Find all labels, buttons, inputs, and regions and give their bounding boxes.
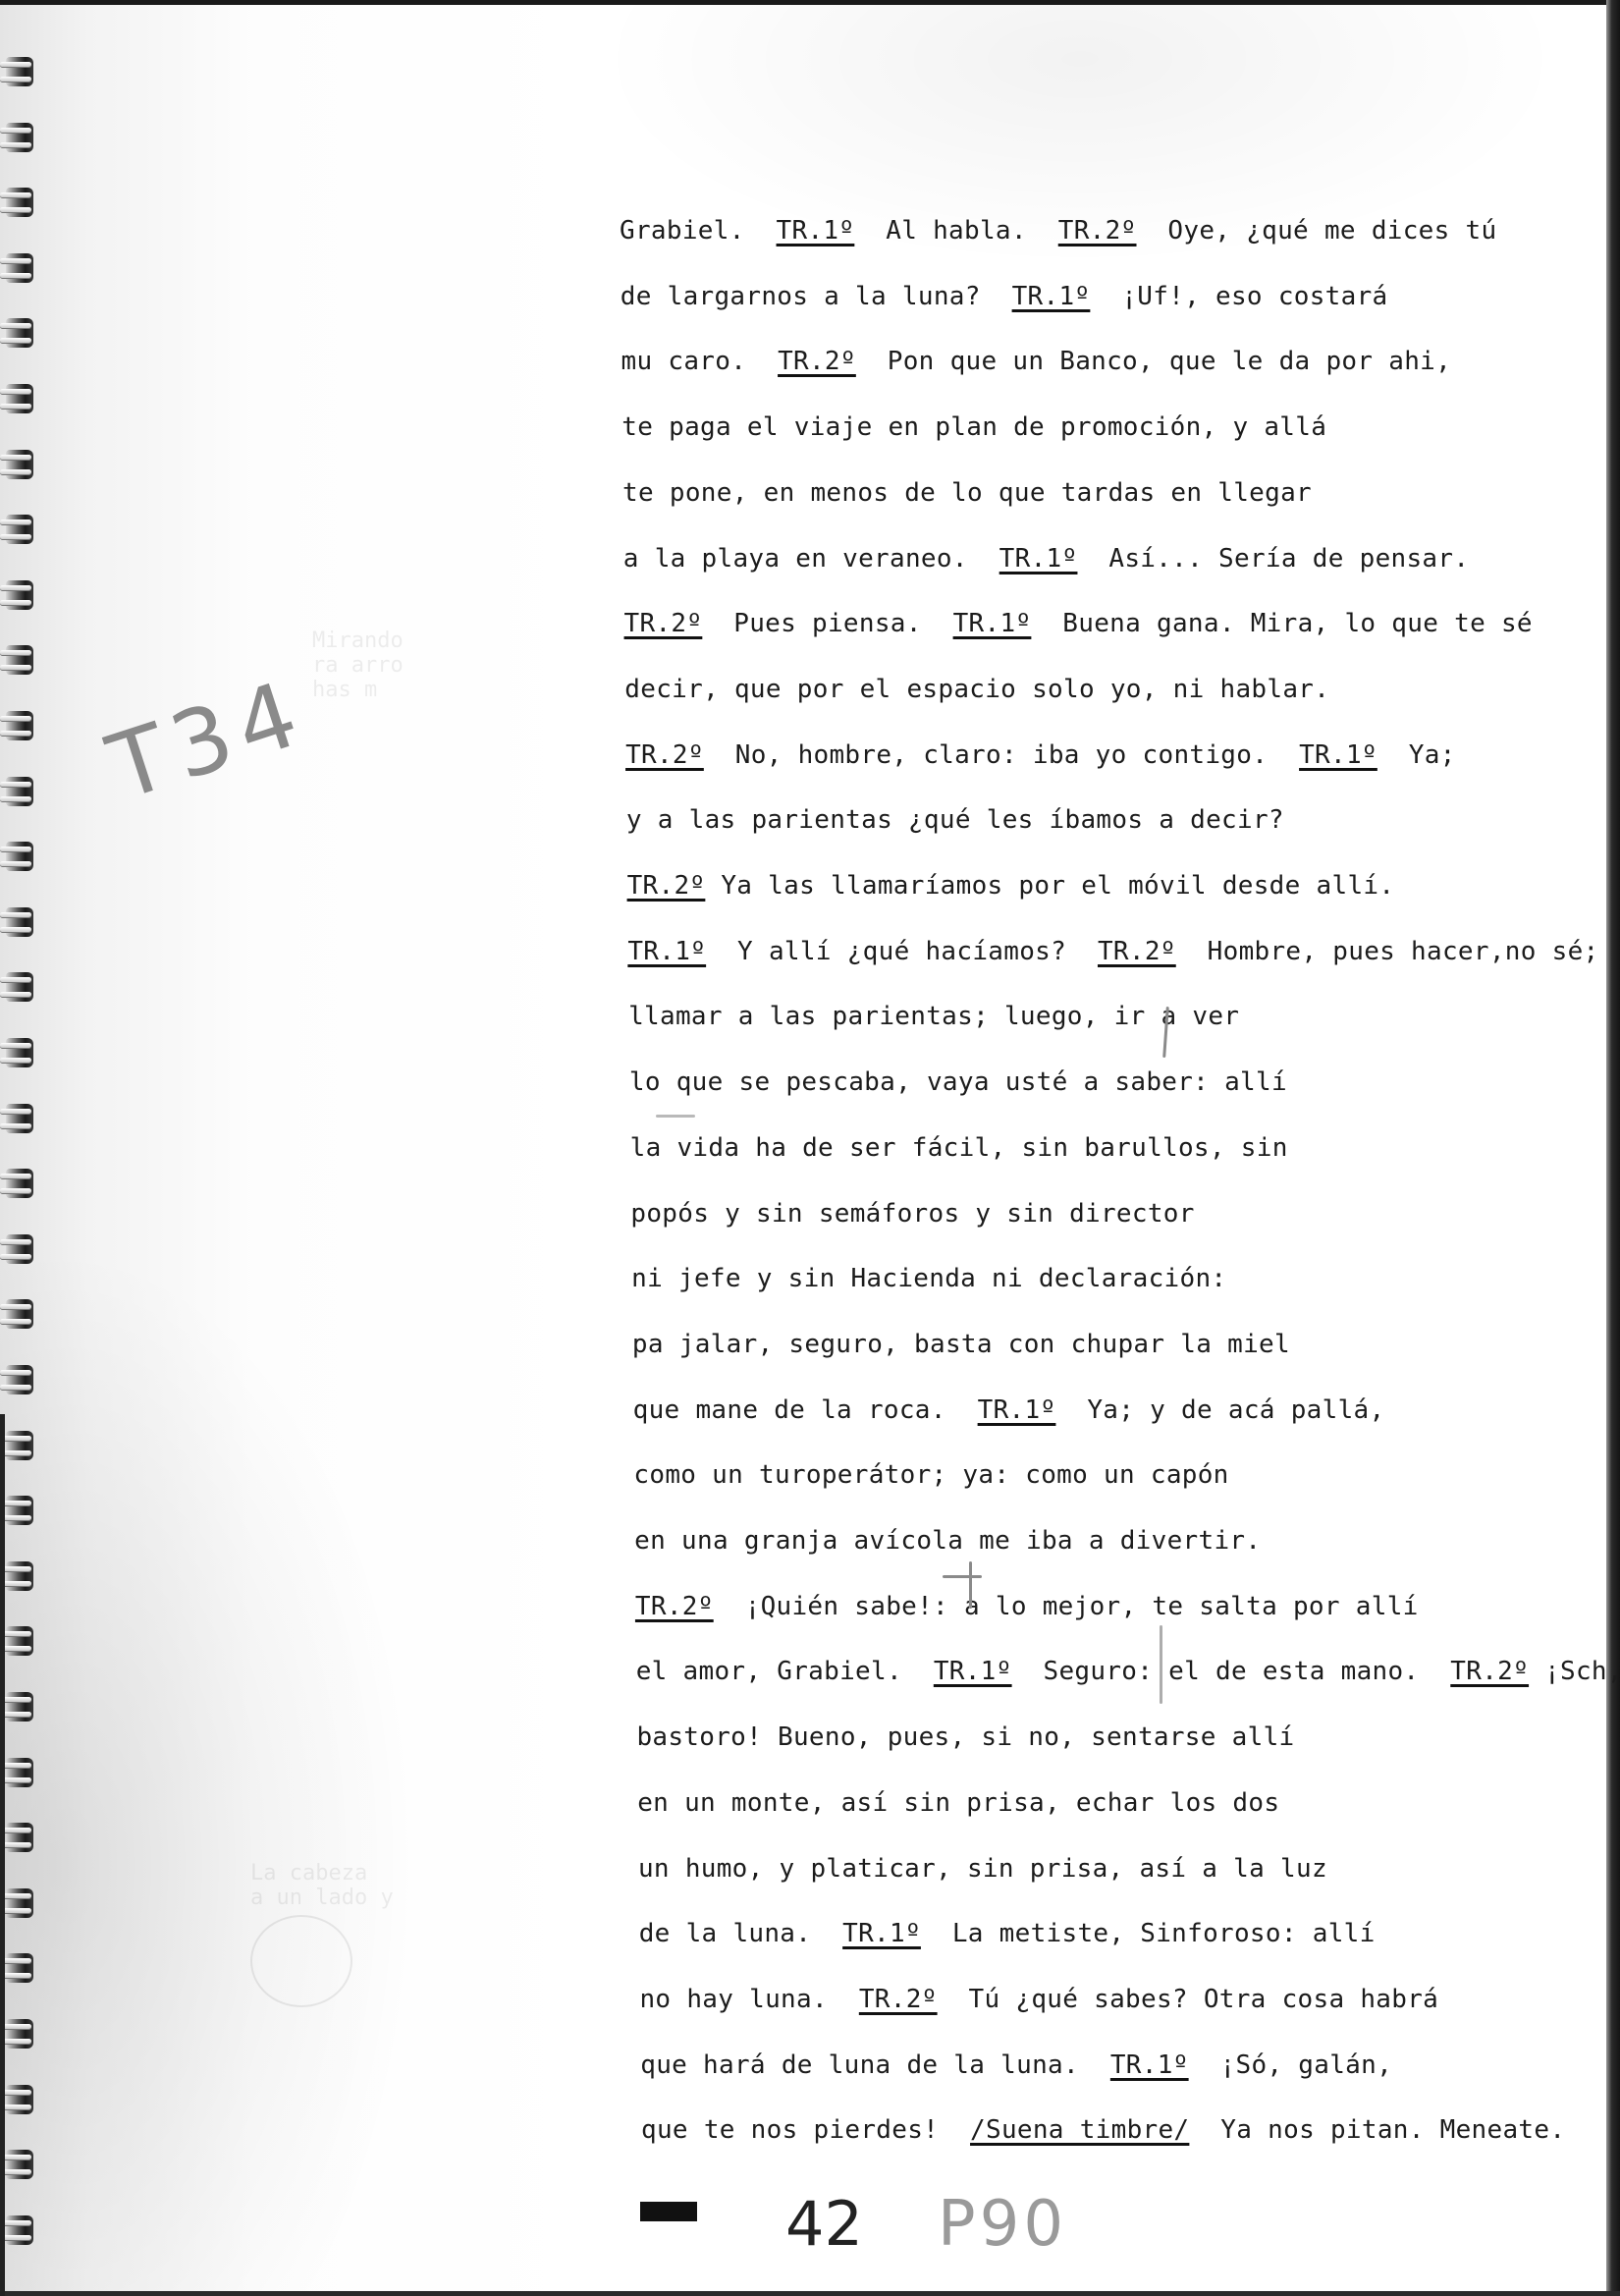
pencil-mark [969,1561,972,1609]
speaker-tag: TR.2º [624,609,703,638]
speaker-tag: TR.2º [778,347,856,376]
dialogue-text: La metiste, Sinforoso: allí [921,1919,1376,1948]
speaker-tag: TR.1º [1110,2050,1189,2080]
speaker-tag: TR.1º [978,1395,1056,1425]
script-line: TR.1º Y allí ¿qué hacíamos? TR.2º Hombre… [627,937,1598,966]
dialogue-text: ¡Só, galán, [1189,2050,1392,2080]
dialogue-text: ¡Uf!, eso costará [1090,282,1387,311]
dialogue-text: No, hombre, claro: iba yo contigo. [704,740,1299,770]
speaker-tag: TR.1º [1299,740,1377,770]
dialogue-text: bastoro! Bueno, pues, si no, sentarse al… [636,1722,1294,1752]
script-line: llamar a las parientas; luego, ir a ver [628,1002,1239,1031]
script-line: pa jalar, seguro, basta con chupar la mi… [632,1330,1290,1359]
dialogue-text: llamar a las parientas; luego, ir a ver [628,1002,1239,1031]
dialogue-text: decir, que por el espacio solo yo, ni ha… [624,675,1329,704]
script-line: TR.2º Ya las llamaríamos por el móvil de… [627,871,1395,901]
script-line: ni jefe y sin Hacienda ni declaración: [631,1264,1226,1293]
dialogue-text: y a las parientas ¿qué les íbamos a deci… [626,805,1284,835]
speaker-tag: TR.1º [999,544,1078,574]
dialogue-text: pa jalar, seguro, basta con chupar la mi… [632,1330,1290,1359]
dialogue-text: Ya; [1377,740,1456,770]
page-number-handwritten: 42 [785,2188,863,2260]
dialogue-text: te paga el viaje en plan de promoción, y… [621,412,1326,442]
dialogue-text: a la playa en veraneo. [623,544,999,574]
dialogue-text: que te nos pierdes! [641,2115,970,2145]
script-line: en un monte, así sin prisa, echar los do… [637,1788,1279,1818]
speaker-tag: TR.2º [627,871,706,901]
dialogue-text: ¡Quién sabe!: a lo mejor, te salta por a… [714,1592,1419,1621]
script-line: popós y sin semáforos y sin director [630,1199,1194,1229]
dialogue-text: Y allí ¿qué hacíamos? [706,937,1098,966]
dialogue-text: la vida ha de ser fácil, sin barullos, s… [630,1133,1288,1163]
dialogue-text: popós y sin semáforos y sin director [630,1199,1194,1229]
dialogue-text: que mane de la roca. [633,1395,978,1425]
dialogue-text: Ya; y de acá pallá, [1055,1395,1384,1425]
script-line: a la playa en veraneo. TR.1º Así... Serí… [623,544,1470,574]
speaker-tag: TR.2º [859,1985,938,2014]
dialogue-text: no hay luna. [639,1985,858,2014]
speaker-tag: TR.1º [1012,282,1091,311]
script-line: de la luna. TR.1º La metiste, Sinforoso:… [639,1919,1376,1948]
page-reference-handwritten: P90 [938,2188,1067,2261]
script-line: te pone, en menos de lo que tardas en ll… [622,478,1312,508]
dialogue-text: Tú ¿qué sabes? Otra cosa habrá [938,1985,1439,2014]
dialogue-text: Grabiel. [620,216,777,246]
script-line: lo que se pescaba, vaya usté a saber: al… [629,1067,1287,1097]
script-line: mu caro. TR.2º Pon que un Banco, que le … [621,347,1452,376]
speaker-tag: TR.1º [953,609,1032,638]
dialogue-text: Hombre, pues hacer,no sé; [1176,937,1599,966]
dialogue-text: el amor, Grabiel. [636,1657,934,1686]
pencil-mark [943,1575,982,1578]
notebook-page: Mirando ra arro has m La cabeza a un lad… [0,0,1620,2296]
script-line: bastoro! Bueno, pues, si no, sentarse al… [636,1722,1294,1752]
script-line: no hay luna. TR.2º Tú ¿qué sabes? Otra c… [639,1985,1438,2014]
dialogue-text: Oye, ¿qué me dices tú [1137,216,1497,246]
speaker-tag: /Suena timbre/ [970,2115,1189,2145]
script-line: TR.2º ¡Quién sabe!: a lo mejor, te salta… [635,1592,1419,1621]
speaker-tag: TR.2º [1058,216,1137,246]
dialogue-text: lo que se pescaba, vaya usté a saber: al… [629,1067,1287,1097]
script-line: de largarnos a la luna? TR.1º ¡Uf!, eso … [621,282,1388,311]
script-line: TR.2º Pues piensa. TR.1º Buena gana. Mir… [624,609,1533,638]
speaker-tag: TR.2º [625,740,704,770]
dialogue-text: Pon que un Banco, que le da por ahi, [856,347,1451,376]
dialogue-text: de largarnos a la luna? [621,282,1012,311]
script-line: que te nos pierdes! /Suena timbre/ Ya no… [641,2115,1565,2145]
dialogue-text: de la luna. [639,1919,842,1948]
typed-page-number-overstruck [640,2202,697,2221]
script-line: te paga el viaje en plan de promoción, y… [621,412,1326,442]
dialogue-text: Pues piensa. [702,609,952,638]
script-line: decir, que por el espacio solo yo, ni ha… [624,675,1329,704]
dialogue-text: Buena gana. Mira, lo que te sé [1031,609,1533,638]
speaker-tag: TR.1º [627,937,706,966]
dialogue-text: Al habla. [854,216,1057,246]
script-line: que mane de la roca. TR.1º Ya; y de acá … [633,1395,1385,1425]
script-line: que hará de luna de la luna. TR.1º ¡Só, … [640,2050,1392,2080]
speaker-tag: TR.2º [635,1592,714,1621]
script-line: y a las parientas ¿qué les íbamos a deci… [626,805,1284,835]
script-line: la vida ha de ser fácil, sin barullos, s… [630,1133,1288,1163]
script-line: como un turoperátor; ya: como un capón [633,1460,1228,1490]
dialogue-text: Ya nos pitan. Meneate. [1189,2115,1565,2145]
script-line: un humo, y platicar, sin prisa, así a la… [638,1854,1327,1884]
speaker-tag: TR.1º [842,1919,921,1948]
script-line: Grabiel. TR.1º Al habla. TR.2º Oye, ¿qué… [620,216,1496,246]
dialogue-text: mu caro. [621,347,779,376]
dialogue-text: Así... Sería de pensar. [1077,544,1469,574]
script-line: TR.2º No, hombre, claro: iba yo contigo.… [625,740,1456,770]
dialogue-text: un humo, y platicar, sin prisa, así a la… [638,1854,1327,1884]
dialogue-text: en un monte, así sin prisa, echar los do… [637,1788,1279,1818]
script-text: Grabiel. TR.1º Al habla. TR.2º Oye, ¿qué… [0,0,1620,2296]
dialogue-text: Ya las llamaríamos por el móvil desde al… [705,871,1394,901]
dialogue-text: como un turoperátor; ya: como un capón [633,1460,1228,1490]
pencil-mark [1160,1625,1162,1704]
speaker-tag: TR.2º [1450,1657,1529,1686]
dialogue-text: te pone, en menos de lo que tardas en ll… [622,478,1312,508]
speaker-tag: TR.2º [1098,937,1176,966]
pencil-mark [656,1115,695,1118]
dialogue-text: ni jefe y sin Hacienda ni declaración: [631,1264,1226,1293]
speaker-tag: TR.1º [934,1657,1012,1686]
dialogue-text: ¡Sch, [1529,1657,1620,1686]
speaker-tag: TR.1º [777,216,855,246]
dialogue-text: que hará de luna de la luna. [640,2050,1110,2080]
script-line: el amor, Grabiel. TR.1º Seguro: el de es… [636,1657,1620,1686]
script-line: en una granja avícola me iba a divertir. [634,1526,1261,1556]
dialogue-text: en una granja avícola me iba a divertir. [634,1526,1261,1556]
dialogue-text: Seguro: el de esta mano. [1012,1657,1451,1686]
